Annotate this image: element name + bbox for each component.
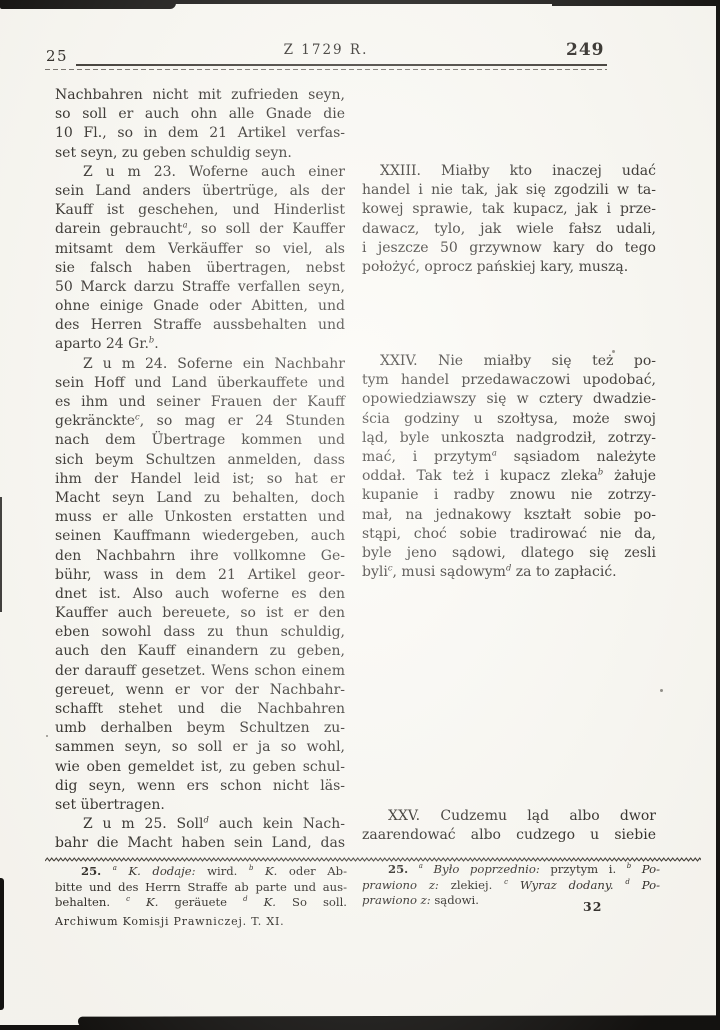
text-line: sammen seyn, so soll er ja so wohl, [55, 738, 345, 757]
polish-section-xxiii: XXIII. Miałby kto inaczej udaćhandel i n… [362, 162, 656, 277]
paragraph: Z u m 24. Soferne ein Nachbahrsein Hoff … [55, 355, 345, 816]
polish-section-xxiv: XXIV. Nie miałby się też po-tym handel p… [362, 352, 656, 582]
text-line: mał, na jednakowy kształt sobie po- [362, 506, 656, 525]
text-line: umb derhalben beym Schultzen zu- [55, 719, 345, 738]
text-line: ścia godziny u szołtysa, może swoj [362, 410, 656, 429]
german-text-column: Nachbahren nicht mit zufrieden seyn,so s… [55, 86, 345, 854]
text-line: sie falsch haben übertragen, nebst [55, 259, 345, 278]
text-line: XXV. Cudzemu ląd albo dwor [362, 807, 656, 826]
scan-edge-left-mark [0, 878, 4, 1010]
text-line: wie oben gemeldet ist, zu geben schul- [55, 758, 345, 777]
text-line: nach dem Übertrage kommen und [55, 431, 345, 450]
text-line: Kauffer auch bereuete, so ist er den [55, 604, 345, 623]
text-line: mać, i przytyma sąsiadom należyte [362, 448, 656, 467]
series-imprint: Archiwum Komisji Prawniczej. T. XI. [55, 915, 284, 928]
text-line: dig seyn, wenn ers schon nicht läs- [55, 777, 345, 796]
text-line: Kauff ist geschehen, und Hinderlist [55, 201, 345, 220]
text-line: schafft stehet und die Nachbahren [55, 700, 345, 719]
footnote-left-german: 25. a K. dodaje: wird. b K. oder Ab-bitt… [55, 864, 347, 911]
text-line: mitsamt dem Verkäuffer so viel, als [55, 240, 345, 259]
footnote-right-polish: 25. a Było poprzednio: przytym i. b Po-p… [362, 862, 660, 909]
paragraph: XXV. Cudzemu ląd albo dworzaarendować al… [362, 807, 656, 845]
scan-edge-top-right [552, 0, 720, 6]
text-line: bühr, wass in dem 21 Artikel geor- [55, 566, 345, 585]
text-line: 25. a Było poprzednio: przytym i. b Po- [362, 862, 660, 878]
text-line: set übertragen. [55, 796, 345, 815]
text-line: położyć, oprocz pańskiej kary, muszą. [362, 258, 656, 277]
signature-mark: 32 [583, 899, 602, 914]
scan-speck [660, 689, 663, 692]
text-line: 25. a K. dodaje: wird. b K. oder Ab- [55, 864, 347, 880]
paragraph: XXIV. Nie miałby się też po-tym handel p… [362, 352, 656, 582]
text-line: handel i nie tak, jak się zgodzili w ta- [362, 181, 656, 200]
text-line: bitte und des Herrn Straffe ab parte und… [55, 880, 347, 896]
text-line: behalten. c K. geräuete d K. So soll. [55, 895, 347, 911]
text-line: es ihm und seiner Frauen der Kauff [55, 393, 345, 412]
text-line: ohne einige Gnade oder Abitten, und [55, 297, 345, 316]
text-line: opowiedziawszy się w cztery dwadzie- [362, 390, 656, 409]
text-line: den Nachbahrn ihre vollkomne Ge- [55, 547, 345, 566]
text-line: der darauff gesetzet. Wens schon einem [55, 662, 345, 681]
text-line: 50 Marck darzu Straffe verfallen seyn, [55, 278, 345, 297]
text-line: byle jeno sądowi, dlatego się zesli [362, 544, 656, 563]
text-line: seinen Kauffmann wiedergeben, auch [55, 527, 345, 546]
paragraph: Nachbahren nicht mit zufrieden seyn,so s… [55, 86, 345, 163]
text-line: aparto 24 Gr.b. [55, 335, 345, 354]
text-line: Macht seyn Land zu behalten, doch [55, 489, 345, 508]
paragraph: Z u m 23. Woferne auch einersein Land an… [55, 163, 345, 355]
text-line: gekräncktec, so mag er 24 Stunden [55, 412, 345, 431]
text-line: des Herren Straffe aussbehalten und [55, 316, 345, 335]
scan-edge-left-mark [0, 497, 2, 612]
text-line: darein gebrauchta, so soll der Kauffer [55, 220, 345, 239]
running-title: Z 1729 R. [45, 42, 607, 58]
text-line: Z u m 25. Solld auch kein Nach- [55, 815, 345, 834]
text-line: eben sowohl dass zu thun schuldig, [55, 623, 345, 642]
text-line: dnet ist. Also auch woferne es den [55, 585, 345, 604]
paragraph: XXIII. Miałby kto inaczej udaćhandel i n… [362, 162, 656, 277]
text-line: ihm der Handel leid ist; so hat er [55, 470, 345, 489]
text-line: tym handel przedawaczowi upodobać, [362, 371, 656, 390]
text-line: kowej sprawie, tak kupacz, jak i prze- [362, 200, 656, 219]
text-line: Z u m 24. Soferne ein Nachbahr [55, 355, 345, 374]
text-line: bahr die Macht haben sein Land, das [55, 834, 345, 853]
text-line: gereuet, wenn er vor der Nachbahr- [55, 681, 345, 700]
text-line: ląd, byle unkoszta nadgrodził, zotrzy- [362, 429, 656, 448]
text-line: i jeszcze 50 grzywnow kary do tego [362, 239, 656, 258]
polish-section-xxv: XXV. Cudzemu ląd albo dworzaarendować al… [362, 807, 656, 845]
scanned-book-page: 25 Z 1729 R. 249 Nachbahren nicht mit zu… [0, 0, 720, 1030]
text-line: XXIII. Miałby kto inaczej udać [362, 162, 656, 181]
scan-edge-top-left-blob [0, 0, 176, 9]
text-line: zaarendować albo cudzego u siebie [362, 826, 656, 845]
text-line: sein Land anders übertrüge, als der [55, 182, 345, 201]
text-line: stąpi, choć sobie tradirować nie da, [362, 525, 656, 544]
text-line: so soll er auch ohn alle Gnade die [55, 105, 345, 124]
text-line: oddał. Tak też i kupacz zlekab żałuje [362, 467, 656, 486]
text-line: auch den Kauff einandern zu geben, [55, 642, 345, 661]
text-line: XXIV. Nie miałby się też po- [362, 352, 656, 371]
scan-speck [46, 735, 48, 737]
scan-edge-right [716, 0, 720, 1030]
text-line: set seyn, zu geben schuldig seyn. [55, 144, 345, 163]
text-line: Z u m 23. Woferne auch einer [55, 163, 345, 182]
text-line: Nachbahren nicht mit zufrieden seyn, [55, 86, 345, 105]
paragraph: 25. a Było poprzednio: przytym i. b Po-p… [362, 862, 660, 909]
text-line: sein Hoff und Land überkauffete und [55, 374, 345, 393]
text-line: bylic, musi sądowymd za to zapłacić. [362, 563, 656, 582]
text-line: prawiono z: sądowi. [362, 893, 660, 909]
text-line: sich beym Schultzen anmelden, dass [55, 451, 345, 470]
page-number-right: 249 [566, 40, 605, 60]
text-line: prawiono z: zlekiej. c Wyraz dodany. d P… [362, 878, 660, 894]
text-line: muss er alle Unkosten erstatten und [55, 508, 345, 527]
scan-edge-bottom [0, 1025, 720, 1030]
text-line: dawacz, tylo, jak wiele fałsz udali, [362, 220, 656, 239]
paragraph: Z u m 25. Solld auch kein Nach-bahr die … [55, 815, 345, 853]
header-rule-dotted [45, 69, 607, 70]
text-line: kupanie i radby znowu nie zotrzy- [362, 486, 656, 505]
paragraph: 25. a K. dodaje: wird. b K. oder Ab-bitt… [55, 864, 347, 911]
text-line: 10 Fl., so in dem 21 Artikel verfas- [55, 124, 345, 143]
header-rule-solid [76, 64, 607, 66]
